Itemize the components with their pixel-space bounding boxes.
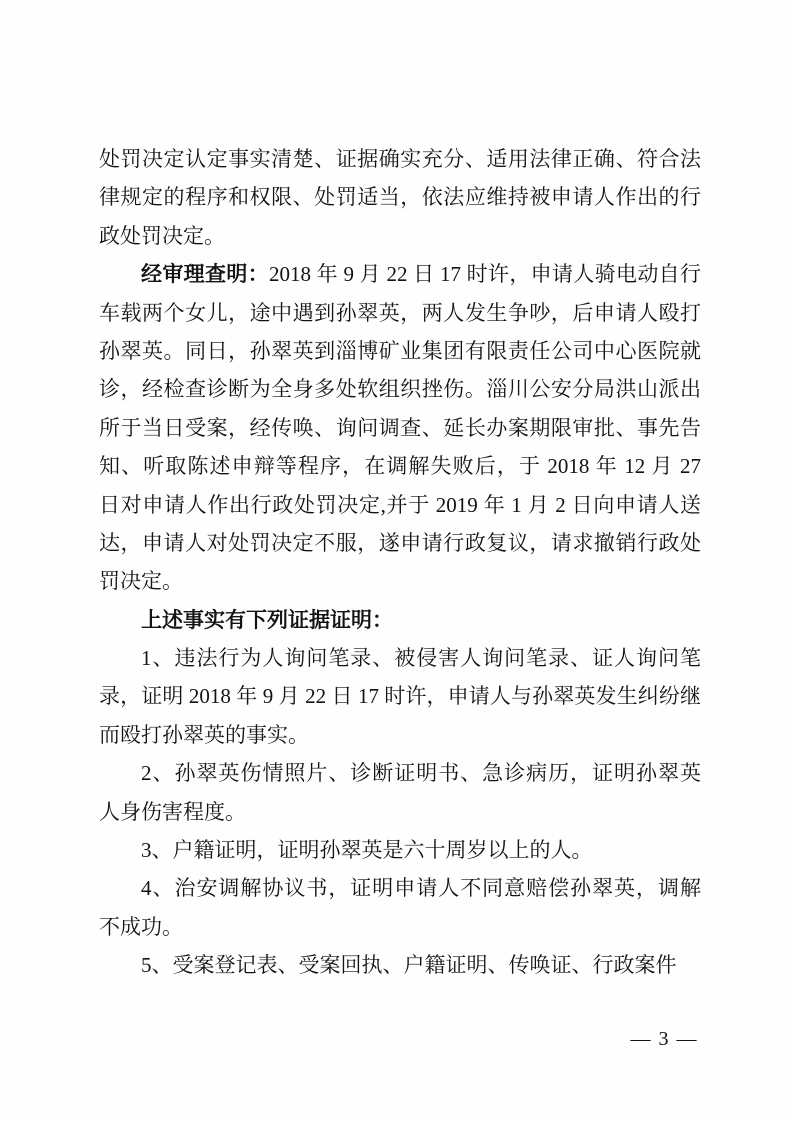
text-line: 而殴打孙翠英的事实。 [99, 716, 701, 754]
text-line: 1、违法行为人询问笔录、被侵害人询问笔录、证人询问笔 [99, 639, 701, 677]
text-line: 经审理查明：2018 年 9 月 22 日 17 时许，申请人骑电动自行 [99, 255, 701, 293]
text-line: 处罚决定认定事实清楚、证据确实充分、适用法律正确、符合法 [99, 140, 701, 178]
paragraph-lead: 经审理查明： [141, 262, 269, 286]
text-line: 上述事实有下列证据证明： [99, 601, 701, 639]
text-line: 人身伤害程度。 [99, 793, 701, 831]
text-line: 诊，经检查诊断为全身多处软组织挫伤。淄川公安分局洪山派出 [99, 370, 701, 408]
document-page: 处罚决定认定事实清楚、证据确实充分、适用法律正确、符合法律规定的程序和权限、处罚… [0, 0, 794, 1123]
text-line: 孙翠英。同日，孙翠英到淄博矿业集团有限责任公司中心医院就 [99, 332, 701, 370]
text-line: 政处罚决定。 [99, 217, 701, 255]
text-line: 罚决定。 [99, 562, 701, 600]
text-line: 3、户籍证明，证明孙翠英是六十周岁以上的人。 [99, 831, 701, 869]
document-body: 处罚决定认定事实清楚、证据确实充分、适用法律正确、符合法律规定的程序和权限、处罚… [99, 140, 701, 985]
text-line: 所于当日受案，经传唤、询问调查、延长办案期限审批、事先告 [99, 409, 701, 447]
text-line: 4、治安调解协议书，证明申请人不同意赔偿孙翠英，调解 [99, 869, 701, 907]
text-line: 2、孙翠英伤情照片、诊断证明书、急诊病历，证明孙翠英 [99, 754, 701, 792]
text-line: 律规定的程序和权限、处罚适当，依法应维持被申请人作出的行 [99, 178, 701, 216]
text-line: 日对申请人作出行政处罚决定,并于 2019 年 1 月 2 日向申请人送 [99, 486, 701, 524]
text-line: 知、听取陈述申辩等程序，在调解失败后，于 2018 年 12 月 27 [99, 447, 701, 485]
text-line: 车载两个女儿，途中遇到孙翠英，两人发生争吵，后申请人殴打 [99, 294, 701, 332]
page-number-label: — 3 — [631, 1028, 699, 1050]
text-line: 达，申请人对处罚决定不服，遂申请行政复议，请求撤销行政处 [99, 524, 701, 562]
page-number: — 3 — [631, 1028, 699, 1051]
text-line: 5、受案登记表、受案回执、户籍证明、传唤证、行政案件 [99, 946, 701, 984]
text-line: 不成功。 [99, 908, 701, 946]
text-line: 录，证明 2018 年 9 月 22 日 17 时许，申请人与孙翠英发生纠纷继 [99, 677, 701, 715]
